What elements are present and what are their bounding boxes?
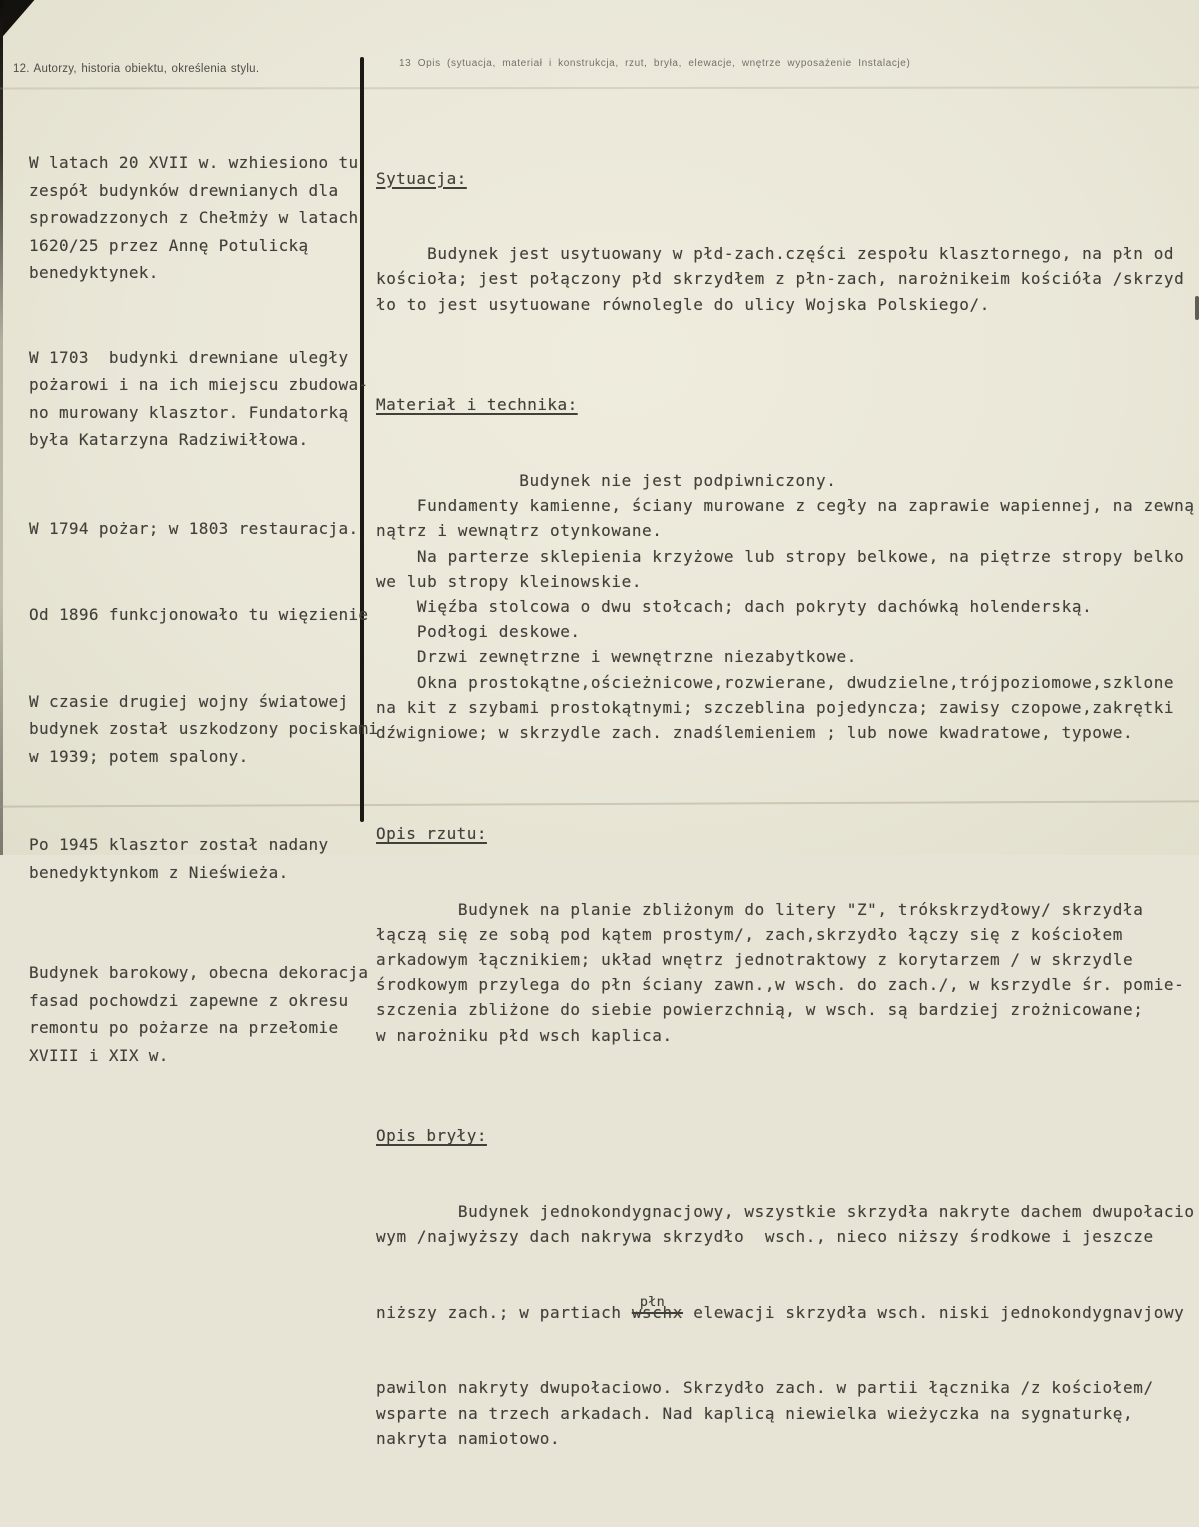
page-right-edge-mark [1195,296,1199,320]
history-paragraph-ww2: W czasie drugiej wojny światowej budynek… [29,688,378,771]
field-13-label: 13 Opis (sytuacja, materiał i konstrukcj… [399,58,910,69]
paper-crease-top [0,86,1199,89]
history-column: W latach 20 XVII w. wzhiesiono tu zespół… [29,94,378,855]
page-corner-scan-shadow [0,0,40,44]
section-body-material: Budynek nie jest podpiwniczony. Fundamen… [376,468,1195,745]
section-heading-text: Materiał i technika: [376,395,578,414]
section-heading-text: Opis rzutu: [376,824,487,843]
history-paragraph-1945: Po 1945 klasztor został nadany benedykty… [29,831,378,855]
section-heading-opis-rzutu: Opis rzutu: [376,821,1195,846]
history-paragraph-fire-1703: W 1703 budynki drewniane uległy pożarowi… [29,344,378,454]
page-left-edge-shadow [0,0,3,855]
history-paragraph-construction: W latach 20 XVII w. wzhiesiono tu zespół… [29,149,378,287]
history-paragraph-prison: Od 1896 funkcjonowało tu więzienie [29,601,378,629]
field-12-label: 12. Autorzy, historia obiektu, określeni… [13,63,259,75]
description-column: Sytuacja: Budynek jest usytuowany w płd-… [376,90,1195,855]
section-heading-text: Sytuacja: [376,169,467,188]
section-body-sytuacja: Budynek jest usytuowany w płd-zach.częśc… [376,241,1195,317]
section-heading-sytuacja: Sytuacja: [376,166,1195,191]
history-paragraph-1794-1803: W 1794 pożar; w 1803 restauracja. [29,515,378,543]
scanned-document-page: 12. Autorzy, historia obiektu, określeni… [0,0,1199,855]
section-heading-material: Materiał i technika: [376,392,1195,417]
